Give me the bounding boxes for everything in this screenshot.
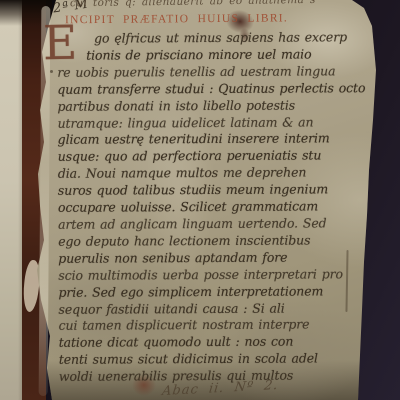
text-line: suros quod talibus studiis meum ingenium: [58, 181, 358, 199]
text-line: tatione dicat quomodo uult : nos con: [59, 334, 359, 352]
margin-dot: [50, 70, 53, 73]
text-line: go ęlfricus ut minus sapiens has excerp: [57, 29, 357, 47]
text-line: dia. Noui namque multos me deprehen: [58, 164, 358, 182]
text-line: puerulis non senibus aptandam fore: [58, 249, 358, 267]
text-line: ego deputo hanc lectionem inscientibus: [58, 232, 358, 250]
text-line: re uobis puerulis tenellis ad uestram li…: [57, 63, 357, 81]
text-line: usque: quo ad perfectiora perueniatis st…: [58, 148, 358, 166]
text-line: partibus donati in isto libello potestis: [57, 97, 357, 115]
text-line: occupare uoluisse. Scilicet grammaticam: [58, 198, 358, 216]
text-block: go ęlfricus ut minus sapiens has excerp …: [57, 29, 359, 386]
text-line: tenti sumus sicut didicimus in scola ade…: [59, 350, 359, 368]
text-line: sequor fastidii uitandi causa : Si ali: [58, 300, 358, 318]
text-line: glicam uestrę teneritudini inserere inte…: [58, 131, 358, 149]
text-line: scio multimodis uerba posse interpretari…: [58, 266, 358, 284]
text-line: artem ad anglicam linguam uertendo. Sed: [58, 215, 358, 233]
text-line: tionis de prisciano minore uel maio: [57, 46, 357, 64]
text-line: utramque: lingua uidelicet latinam & an: [58, 114, 358, 132]
text-line: prie. Sed ego simplicem interpretationem: [58, 283, 358, 301]
text-line: cui tamen displicuerit nostram interpre: [59, 317, 359, 335]
text-line: quam transferre studui : Quatinus perlec…: [57, 80, 357, 98]
manuscript-photo: 2ª M cui toris q: alienauerit ab eo anat…: [0, 0, 400, 400]
